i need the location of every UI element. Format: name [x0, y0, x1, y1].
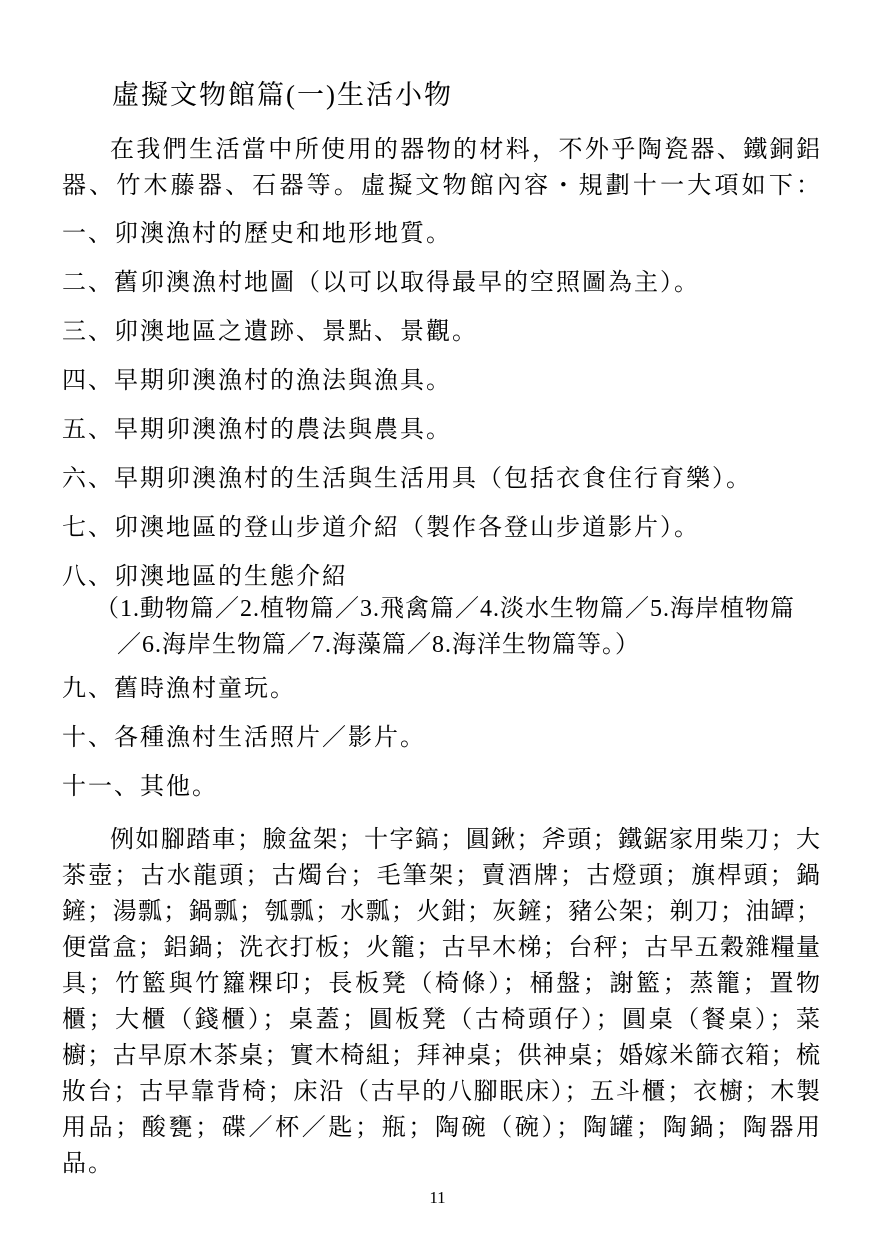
intro-line-2: 器、竹木藤器、石器等。虛擬文物館內容・規劃十一大項如下： — [62, 168, 820, 204]
example-line-10: 品。 — [62, 1146, 820, 1182]
list-item-1: 一、卯澳漁村的歷史和地形地質。 — [62, 220, 820, 248]
list-item-8-heading: 八、卯澳地區的生態介紹 — [62, 563, 820, 591]
list-item-3: 三、卯澳地區之遺跡、景點、景觀。 — [62, 318, 820, 346]
list-item-10: 十、各種漁村生活照片／影片。 — [62, 724, 820, 752]
example-line-6: 櫃；大櫃（錢櫃）；桌蓋；圓板凳（古椅頭仔）；圓桌（餐桌）；菜 — [62, 1002, 820, 1038]
example-line-2: 茶壺；古水龍頭；古燭台；毛筆架；賣酒牌；古燈頭；旗桿頭；鍋 — [62, 858, 820, 894]
list-item-4: 四、早期卯澳漁村的漁法與漁具。 — [62, 367, 820, 395]
list-item-6: 六、早期卯澳漁村的生活與生活用具（包括衣食住行育樂）。 — [62, 465, 820, 493]
list-item-8: 八、卯澳地區的生態介紹 （1.動物篇／2.植物篇／3.飛禽篇／4.淡水生物篇／5… — [62, 563, 820, 663]
list-item-8-subline-1: （1.動物篇／2.植物篇／3.飛禽篇／4.淡水生物篇／5.海岸植物篇 — [62, 591, 820, 627]
list-item-7: 七、卯澳地區的登山步道介紹（製作各登山步道影片）。 — [62, 514, 820, 542]
list-item-5: 五、早期卯澳漁村的農法與農具。 — [62, 416, 820, 444]
example-line-8: 妝台；古早靠背椅；床沿（古早的八腳眠床）；五斗櫃；衣櫥；木製 — [62, 1074, 820, 1110]
numbered-list: 一、卯澳漁村的歷史和地形地質。 二、舊卯澳漁村地圖（以可以取得最早的空照圖為主）… — [62, 220, 820, 801]
intro-line-1: 在我們生活當中所使用的器物的材料，不外乎陶瓷器、鐵銅鋁 — [62, 132, 820, 168]
document-page: 虛擬文物館篇(一)生活小物 在我們生活當中所使用的器物的材料，不外乎陶瓷器、鐵銅… — [0, 0, 875, 1240]
list-item-2: 二、舊卯澳漁村地圖（以可以取得最早的空照圖為主）。 — [62, 269, 820, 297]
list-item-8-subline-2: ／6.海岸生物篇／7.海藻篇／8.海洋生物篇等。） — [62, 627, 820, 663]
examples-paragraph: 例如腳踏車；臉盆架；十字鎬；圓鍬；斧頭；鐵鋸家用柴刀；大 茶壺；古水龍頭；古燭台… — [62, 822, 820, 1182]
intro-paragraph: 在我們生活當中所使用的器物的材料，不外乎陶瓷器、鐵銅鋁 器、竹木藤器、石器等。虛… — [62, 132, 820, 204]
example-line-1: 例如腳踏車；臉盆架；十字鎬；圓鍬；斧頭；鐵鋸家用柴刀；大 — [62, 822, 820, 858]
list-item-11: 十一、其他。 — [62, 773, 820, 801]
example-line-4: 便當盒；鋁鍋；洗衣打板；火籠；古早木梯；台秤；古早五穀雜糧量 — [62, 930, 820, 966]
example-line-9: 用品；酸甕；碟／杯／匙；瓶；陶碗（碗）；陶罐；陶鍋；陶器用 — [62, 1110, 820, 1146]
page-number: 11 — [0, 1188, 875, 1208]
example-line-5: 具；竹籃與竹籮粿印；長板凳（椅條）；桶盤；謝籃；蒸籠；置物 — [62, 966, 820, 1002]
list-item-9: 九、舊時漁村童玩。 — [62, 675, 820, 703]
example-line-7: 櫥；古早原木茶桌；實木椅組；拜神桌；供神桌；婚嫁米篩衣箱；梳 — [62, 1038, 820, 1074]
example-line-3: 鏟；湯瓢；鍋瓢；瓠瓢；水瓢；火鉗；灰鏟；豬公架；剃刀；油罈； — [62, 894, 820, 930]
page-title: 虛擬文物館篇(一)生活小物 — [112, 80, 820, 110]
